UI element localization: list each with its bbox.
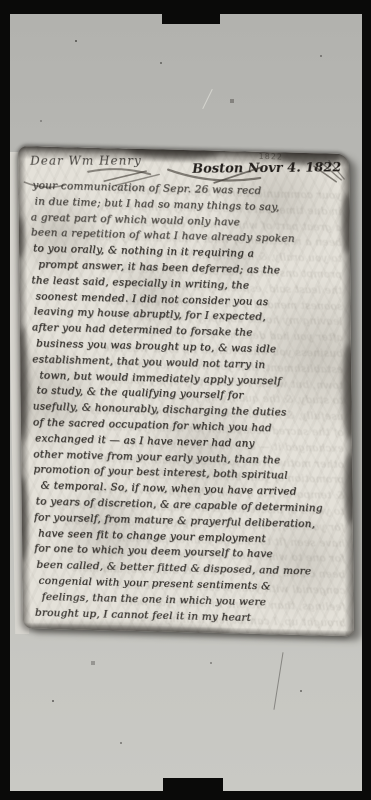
letter-body: your communication of Sepr. 26 was recdi… — [30, 178, 346, 634]
top-sprocket-notch — [162, 13, 220, 24]
microfilm-scan: your communication of Sepr. 26 was recdi… — [0, 0, 371, 800]
bottom-sprocket-notch — [163, 778, 223, 792]
edge-stain — [18, 216, 24, 258]
salutation: Dear Wm Henry — [30, 154, 142, 168]
letter-page: your communication of Sepr. 26 was recdi… — [18, 146, 354, 636]
dust-speckles — [0, 0, 2, 2]
film-edge-mark — [64, 9, 96, 11]
